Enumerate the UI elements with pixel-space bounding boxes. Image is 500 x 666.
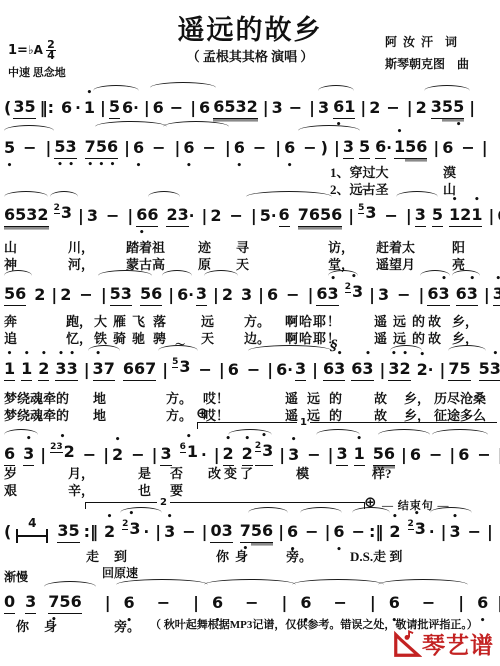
lyric-segment: 遥远的 — [285, 405, 351, 424]
note-token: 3 — [272, 97, 283, 119]
lyric-segment: 遥望月 — [376, 254, 415, 273]
note-token: | — [311, 359, 319, 381]
slur-arc — [204, 579, 296, 588]
note-token: | — [400, 444, 408, 466]
lyric-segment: 辛， — [68, 480, 94, 499]
note-token: 3 — [336, 443, 347, 466]
note-token: 3• — [67, 358, 78, 381]
note-token: 1• — [354, 443, 365, 466]
note-token: 5 — [359, 136, 370, 159]
note-token: − — [106, 205, 119, 227]
note-token: 5 — [68, 520, 79, 543]
note-token: 53〜 — [172, 356, 190, 381]
note-token: 2• — [389, 521, 400, 543]
octave-dot-above: • — [115, 436, 121, 444]
note-token: − — [199, 359, 212, 381]
note-token: 6• — [389, 592, 400, 614]
score-line: 562|2−|5356|6·3|23|6−|63•23•|3−|63•63•|3… — [4, 281, 500, 306]
note-token: − — [289, 97, 302, 119]
octave-dot-below: • — [87, 161, 93, 169]
note-token: 2• — [417, 359, 428, 381]
note-token: | — [39, 444, 47, 466]
octave-dot-below: • — [139, 229, 145, 237]
lyric-segment: 要 — [170, 480, 183, 499]
note-token: | — [77, 205, 85, 227]
note-token: ) — [321, 137, 328, 159]
key-accidental: ♭A — [28, 43, 43, 57]
note-token: 5• — [96, 136, 107, 159]
slur-arc — [378, 429, 430, 438]
note-token: | — [333, 137, 341, 159]
octave-dot-above: • — [492, 350, 498, 358]
note-token: 7• — [240, 520, 251, 543]
note-token: 5 — [459, 358, 470, 381]
note-token: | — [218, 359, 226, 381]
note-token: 6 — [323, 358, 334, 381]
slur-arc — [95, 121, 167, 130]
octave-dot-below: • — [7, 162, 13, 170]
note-token: | — [347, 205, 355, 227]
coda-sign: ⊕ — [364, 493, 377, 511]
note-token: 6• — [212, 592, 223, 614]
note-token: 6• — [284, 137, 295, 159]
note-token: 5 — [260, 205, 271, 227]
note-token: − — [152, 137, 165, 159]
note-token: | — [379, 359, 387, 381]
note-token: ‖: — [39, 97, 55, 119]
note-token: | — [417, 284, 425, 306]
note-token: 5 — [109, 96, 120, 119]
note-token: · — [188, 284, 194, 306]
octave-dot-below: • — [480, 617, 486, 625]
slur-arc — [44, 581, 96, 590]
octave-dot-above: • — [7, 350, 13, 358]
slur-arc — [246, 191, 332, 200]
note-token: 5• — [54, 136, 65, 159]
note-token: | — [192, 592, 200, 614]
slur-arc — [420, 270, 450, 279]
note-token: − — [307, 444, 320, 466]
note-token: 6 — [316, 283, 327, 306]
grace-note: 6 — [180, 442, 186, 453]
note-token: | — [104, 592, 112, 614]
note-token: 23• — [255, 440, 273, 466]
note-token: 3• — [93, 358, 104, 381]
note-token: 5 — [4, 283, 15, 306]
octave-dot-above: • — [186, 433, 192, 441]
note-token: | — [440, 521, 448, 543]
lyric-segment: 哎！ — [203, 405, 229, 424]
note-token: | — [307, 284, 315, 306]
slur-arc — [4, 429, 38, 438]
note-token: 6 — [228, 359, 239, 381]
note-token: 6 — [61, 97, 72, 119]
lyric-segment: 忆， — [66, 328, 92, 347]
note-token: | — [481, 137, 489, 159]
a-tempo-marking: 回原速 — [102, 564, 138, 581]
volta-tick — [85, 503, 86, 509]
note-token: − — [202, 137, 215, 159]
lyric-segment: 追 — [4, 328, 17, 347]
note-token: | — [224, 137, 232, 159]
slur-arc — [318, 85, 354, 94]
note-token: | — [102, 444, 110, 466]
note-token: 2 — [37, 204, 48, 227]
note-token: − — [333, 592, 346, 614]
note-token: 3 — [178, 204, 189, 227]
octave-dot-above: • — [41, 350, 47, 358]
multirest-count: 4 — [28, 516, 36, 530]
note-token: − — [245, 592, 258, 614]
note-token: 5 — [479, 358, 490, 381]
note-token: · — [271, 205, 277, 227]
note-token: · — [287, 359, 293, 381]
volta-bracket: 2 — [85, 502, 365, 510]
lyric-segment: 山 — [443, 179, 456, 198]
note-token: 3 — [431, 96, 442, 119]
note-token: 6 — [123, 358, 134, 381]
note-token: 5 — [140, 283, 151, 306]
note-token: | — [126, 205, 134, 227]
note-token: 6 — [309, 204, 320, 227]
note-token: 3 — [13, 96, 24, 119]
lyric-segment: 乡， — [452, 328, 478, 347]
note-token: ( — [4, 521, 11, 543]
slur-arc — [4, 191, 48, 200]
note-token: · — [133, 97, 139, 119]
note-token: 6 — [267, 284, 278, 306]
octave-dot-below: • — [456, 121, 462, 129]
note-token: 5 — [224, 96, 235, 119]
volta-number: 2 — [157, 497, 170, 508]
note-token: | — [189, 97, 197, 119]
note-token: − — [385, 205, 398, 227]
tempo-marking: 中速 思念地 — [8, 64, 66, 80]
note-token: 6• — [300, 592, 311, 614]
lyric-segment: 遥远的 — [374, 328, 431, 347]
logo-icon — [392, 629, 422, 659]
publisher-logo: 琴艺谱 — [392, 627, 494, 660]
note-token: − — [247, 359, 260, 381]
octave-dot-above: • — [60, 433, 66, 441]
note-token: 6• — [136, 204, 147, 227]
note-token: 6 — [375, 136, 386, 159]
note-token: 3• — [490, 358, 500, 381]
note-token: 3 — [295, 358, 306, 381]
note-token: − — [79, 284, 92, 306]
note-token: 3 — [57, 520, 68, 543]
note-token: 53〜 — [358, 202, 376, 227]
note-token: 3• — [164, 521, 175, 543]
octave-dot-below: • — [57, 161, 63, 169]
note-token: | — [486, 521, 494, 543]
note-token: 2 — [166, 204, 177, 227]
note-token: 5 — [15, 204, 26, 227]
note-token: | — [368, 284, 376, 306]
grace-note: 5 — [172, 357, 178, 368]
score-line: 5•−|5•3•7•5•6•|6•−|6•−|6•−|6•−)|356·1•56… — [4, 136, 489, 159]
slur-arc — [292, 579, 384, 588]
lyric-segment: 原 — [198, 254, 211, 273]
note-token: | — [100, 284, 108, 306]
score-line: (435:‖2•23•·|3•−|037•56|6•−|6•−:‖2•23•·|… — [4, 518, 494, 543]
note-token: 3 — [25, 591, 36, 614]
note-token: 3• — [55, 358, 66, 381]
note-token: | — [250, 205, 258, 227]
octave-dot-above: • — [107, 513, 113, 521]
grace-note: 2 — [408, 519, 414, 530]
note-token: | — [448, 444, 456, 466]
sheet-page: 遥远的故乡 （ 孟根其其格 演唱 ） 阿 汝 汗 词 斯琴朝克图 曲 1=♭A2… — [0, 0, 500, 666]
note-token: 5 — [110, 283, 121, 306]
note-token: 5 — [251, 520, 262, 543]
note-token: 6 — [122, 97, 133, 119]
note-token: 6• — [107, 136, 118, 159]
slur-arc — [228, 429, 272, 438]
lyric-segment: 方。 — [166, 405, 192, 424]
note-token: | — [167, 284, 175, 306]
note-token: − — [468, 521, 481, 543]
note-token: 3 — [222, 520, 233, 543]
slur-arc — [4, 125, 54, 134]
slur-arc — [298, 125, 360, 134]
note-token: 7• — [48, 591, 59, 614]
lyric-segment: 天 — [201, 328, 214, 347]
note-token: | — [277, 521, 285, 543]
note-token: | — [457, 592, 465, 614]
lyric-segment: 模 — [296, 463, 309, 482]
note-token: ( — [4, 97, 11, 119]
note-token: 3 — [26, 204, 37, 227]
note-token: − — [305, 521, 318, 543]
lyric-segment: 乡， — [404, 405, 430, 424]
note-token: 6 — [177, 284, 188, 306]
note-token: 6• — [124, 592, 135, 614]
octave-dot-below: • — [68, 161, 74, 169]
note-token: 3• — [449, 521, 460, 543]
note-token: 3• — [334, 358, 345, 381]
octave-dot-below: • — [110, 161, 116, 169]
octave-dot-above: • — [495, 275, 500, 283]
octave-dot-above: • — [58, 350, 64, 358]
note-token: 3• — [438, 283, 449, 306]
note-token: 2 — [60, 284, 71, 306]
octave-dot-below: • — [186, 162, 192, 170]
note-token: 6 — [213, 96, 224, 119]
lyric-segment: 艰 — [4, 480, 17, 499]
slur-arc — [424, 85, 470, 94]
octave-dot-below: • — [236, 162, 242, 170]
note-token: 1• — [471, 204, 482, 227]
note-token: − — [170, 97, 183, 119]
lyricist-credit: 阿 汝 汗 词 — [385, 33, 457, 50]
octave-dot-below: • — [336, 546, 342, 554]
note-token: 2 — [460, 204, 471, 227]
key-signature: 1=♭A24 — [8, 40, 56, 61]
note-token: 2 — [369, 97, 380, 119]
note-token: − — [229, 205, 242, 227]
octave-dot-above: • — [397, 128, 403, 136]
lyric-segment: 故 — [374, 405, 387, 424]
note-token: − — [303, 137, 316, 159]
note-token: 3 — [121, 283, 132, 306]
note-token: 6 — [416, 136, 427, 159]
note-token: − — [477, 444, 490, 466]
note-token: | — [266, 359, 274, 381]
octave-dot-below: • — [136, 162, 142, 170]
note-token: − — [157, 592, 170, 614]
slur-arc — [378, 579, 468, 588]
note-token: 2 — [222, 284, 233, 306]
key-prefix: 1= — [8, 43, 28, 58]
lyric-segment: 亮 — [452, 254, 465, 273]
octave-dot-below: • — [98, 161, 104, 169]
octave-dot-above: • — [24, 350, 30, 358]
note-token: 5 — [59, 591, 70, 614]
slur-arc — [396, 191, 438, 200]
composer-credit: 斯琴朝克图 曲 — [385, 55, 469, 72]
note-token: 6• — [333, 96, 344, 119]
note-token: :‖ — [83, 521, 99, 543]
note-token: · — [189, 205, 195, 227]
lyric-segment: 2、远古圣 — [330, 179, 389, 198]
slur-arc — [50, 191, 78, 200]
lyric-segment: 走 — [86, 546, 99, 565]
note-token: 6 — [4, 204, 15, 227]
lyric-segment: 改变了 — [208, 463, 256, 482]
lyric-segment: 铁骑驰 — [94, 328, 151, 347]
note-token: | — [45, 137, 53, 159]
note-token: 3 — [343, 136, 354, 159]
note-token: 3 — [415, 204, 426, 227]
lyric-segment: 地 — [93, 405, 106, 424]
note-token: 3 — [87, 205, 98, 227]
grace-note: 2 — [255, 441, 261, 452]
note-token: − — [286, 284, 299, 306]
rit-marking: 渐慢 — [4, 568, 28, 585]
note-token: 2 — [210, 205, 221, 227]
note-token: 2 — [416, 97, 427, 119]
note-token: 6• — [133, 137, 144, 159]
lyric-segment: 天 — [236, 254, 249, 273]
note-token: | — [123, 137, 131, 159]
note-token: − — [253, 137, 266, 159]
note-token: 5 — [320, 204, 331, 227]
note-token: ‖ — [496, 592, 500, 614]
note-token: 3• — [388, 358, 399, 381]
note-token: 6 — [71, 591, 82, 614]
note-token: 1• — [84, 97, 95, 119]
note-token: | — [200, 205, 208, 227]
grace-note: 2 — [54, 203, 60, 214]
octave-dot-above: • — [365, 350, 371, 358]
note-token: | — [405, 205, 413, 227]
note-token: 5 — [405, 136, 416, 159]
octave-dot-above: • — [69, 350, 75, 358]
note-token: 23• — [408, 518, 426, 543]
note-token: 6 — [279, 204, 290, 227]
octave-dot-above: • — [474, 196, 480, 204]
note-token: − — [397, 284, 410, 306]
note-token: 23 — [54, 202, 72, 227]
lyric-segment: 蒙古高 — [126, 254, 165, 273]
note-token: 3• — [328, 283, 339, 306]
note-token: | — [278, 444, 286, 466]
note-token: − — [386, 97, 399, 119]
note-token: · — [386, 137, 392, 159]
note-token: 5 — [24, 96, 35, 119]
grace-note: 5 — [358, 203, 364, 214]
note-token: | — [468, 97, 476, 119]
lyric-segment: 神 — [4, 254, 17, 273]
note-token: 5• — [453, 96, 464, 119]
lyric-segment: 河， — [68, 254, 94, 273]
octave-dot-above: • — [337, 350, 343, 358]
slur-arc — [148, 191, 180, 200]
octave-dot-above: • — [291, 436, 297, 444]
volta-tick — [197, 423, 198, 429]
note-token: | — [439, 359, 447, 381]
note-token: 7 — [448, 358, 459, 381]
note-token: 1• — [394, 136, 405, 159]
note-token: 7 — [104, 358, 115, 381]
lyric-segment: 骋 — [153, 328, 166, 347]
note-token: | — [327, 444, 335, 466]
note-token: :‖ — [368, 521, 384, 543]
note-token: − — [429, 444, 442, 466]
note-token: | — [262, 97, 270, 119]
note-token: 6• — [333, 521, 344, 543]
note-token: 5 — [432, 204, 443, 227]
note-token: 5• — [4, 137, 15, 159]
note-token: 6 — [427, 283, 438, 306]
note-token: | — [274, 137, 282, 159]
note-token: | — [201, 521, 209, 543]
note-token: | — [99, 97, 107, 119]
lyric-segment: 梦绕魂牵的 — [4, 405, 69, 424]
note-token: 7• — [85, 136, 96, 159]
lyric-segment: 征途多么 — [434, 405, 486, 424]
note-token: 23• — [345, 281, 363, 306]
note-token: | — [154, 521, 162, 543]
note-token: | — [406, 97, 414, 119]
score-line: 1•1•2•3•3•|3•7667|53〜−|6−|6·3|63•63•|3•2… — [4, 356, 500, 381]
octave-dot-below: • — [287, 162, 293, 170]
slur-arc — [150, 82, 216, 91]
note-token: | — [143, 97, 151, 119]
note-token: 3• — [362, 358, 373, 381]
ending-phrase-label: — 结束句 — — [382, 497, 450, 513]
note-token: − — [352, 521, 365, 543]
lyric-segment: 旁。 — [286, 546, 312, 565]
note-token: | — [324, 521, 332, 543]
note-token: 6• — [477, 592, 488, 614]
lyric-segment: 啊哈耶！ — [285, 328, 341, 347]
note-token: | — [432, 137, 440, 159]
note-token: 2• — [104, 521, 115, 543]
note-token: − — [182, 521, 195, 543]
note-token: 6 — [458, 444, 469, 466]
note-token: 6 — [351, 358, 362, 381]
note-token: | — [212, 284, 220, 306]
lyric-segment: 样? — [372, 463, 392, 482]
note-token: 6 — [153, 97, 164, 119]
lyric-segment: 你身 — [216, 546, 254, 565]
lyric-segment: 堂， — [328, 254, 354, 273]
note-token: 0 — [210, 520, 221, 543]
time-signature: 24 — [46, 40, 56, 61]
note-token: 6 — [262, 520, 273, 543]
